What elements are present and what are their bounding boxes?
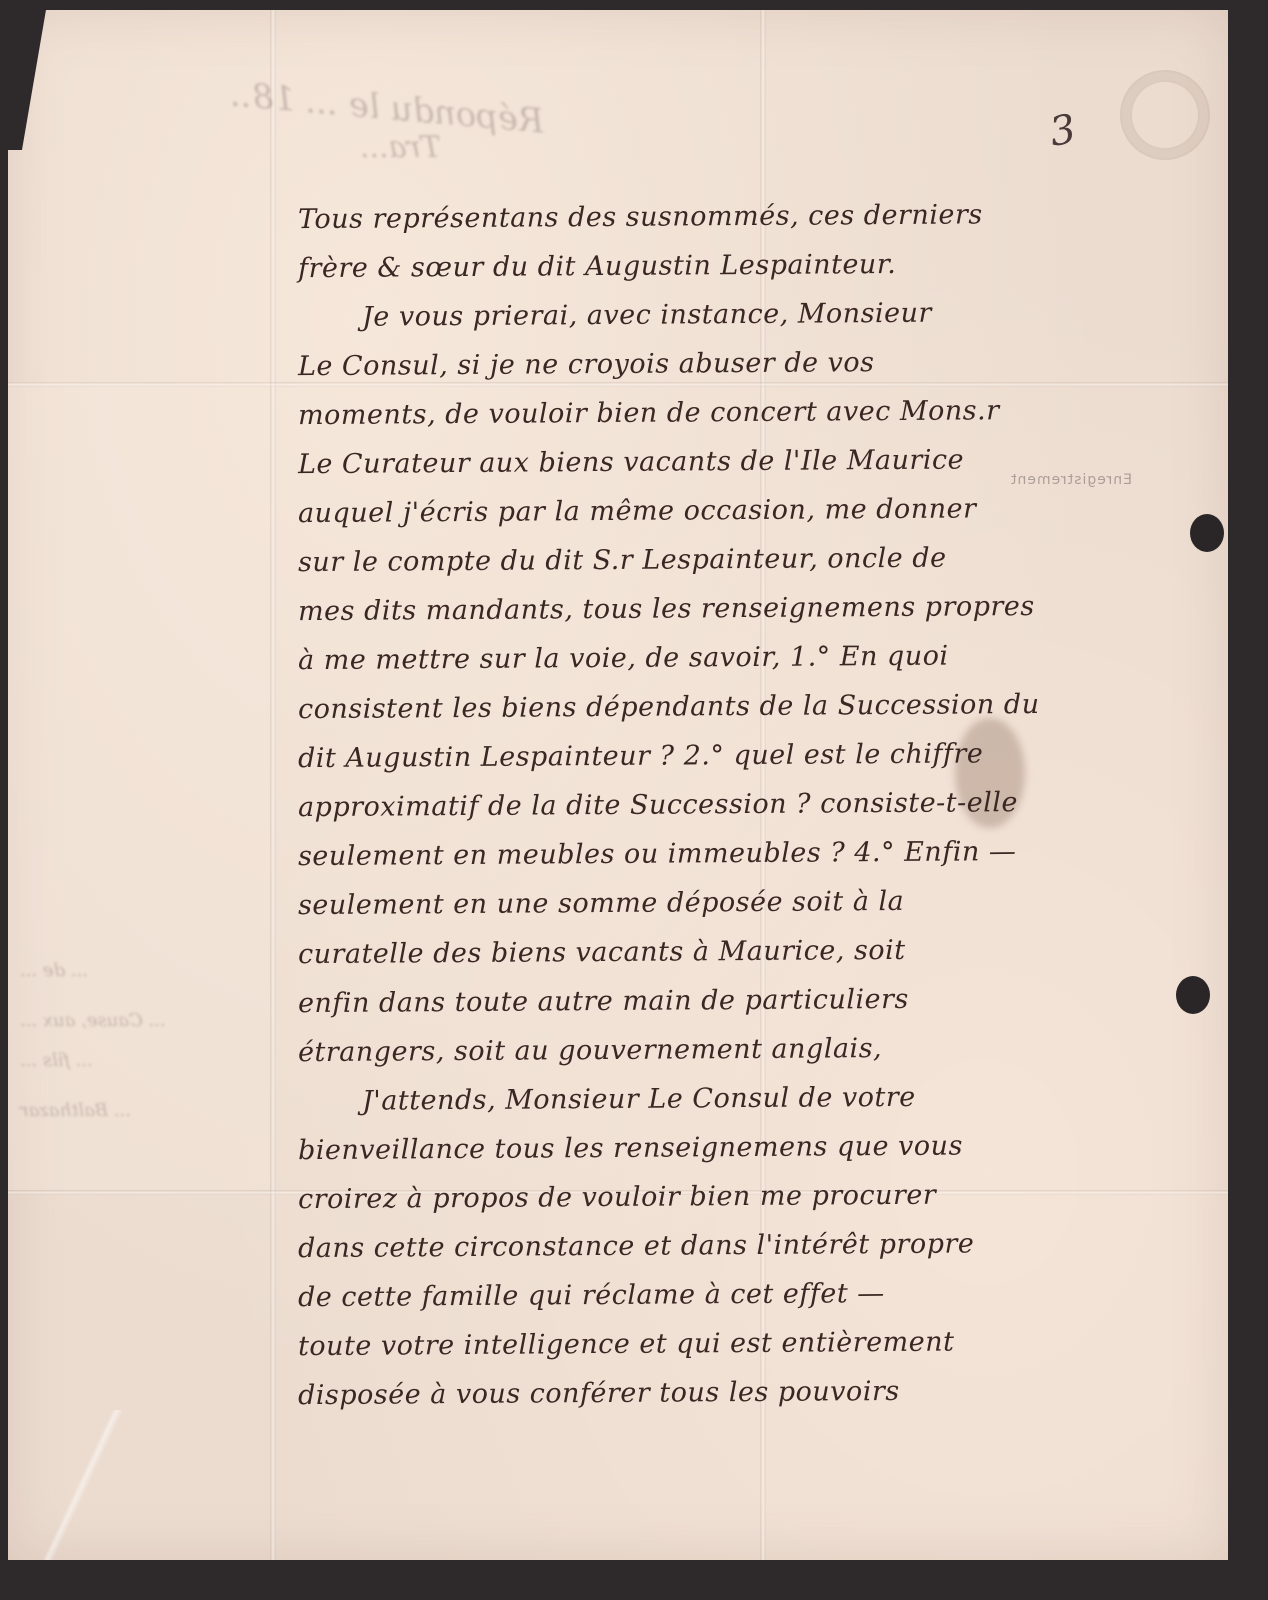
bleedthrough-left-3: ... fils ... <box>20 1050 93 1071</box>
letter-line: Le Curateur aux biens vacants de l'Ile M… <box>298 434 1198 489</box>
letter-line: de cette famille qui réclame à cet effet… <box>298 1267 1198 1322</box>
letter-line: dit Augustin Lespainteur ? 2.° quel est … <box>298 728 1198 783</box>
letter-line: consistent les biens dépendants de la Su… <box>298 679 1198 734</box>
letter-body: Tous représentans des susnommés, ces der… <box>298 192 1198 1417</box>
corner-crease <box>38 1410 128 1570</box>
bleedthrough-left-4: ... Balthazar <box>20 1100 131 1121</box>
letter-line: croirez à propos de vouloir bien me proc… <box>298 1169 1198 1224</box>
letter-line: frère & sœur du dit Augustin Lespainteur… <box>298 238 1198 293</box>
letter-line: approximatif de la dite Succession ? con… <box>298 777 1198 832</box>
punch-hole-upper <box>1190 514 1224 552</box>
letter-line: seulement en une somme déposée soit à la <box>298 875 1198 930</box>
letter-line: étrangers, soit au gouvernement anglais, <box>298 1022 1198 1077</box>
vertical-fold-line-left <box>270 10 276 1560</box>
letter-line: disposée à vous conférer tous les pouvoi… <box>298 1365 1198 1420</box>
letter-line: toute votre intelligence et qui est enti… <box>298 1316 1198 1371</box>
letter-line-paragraph-start: Je vous prierai, avec instance, Monsieur <box>298 287 1198 342</box>
bleedthrough-heading-2: Tra... <box>360 130 441 165</box>
letter-line: Le Consul, si je ne croyois abuser de vo… <box>298 336 1198 391</box>
letter-line: Tous représentans des susnommés, ces der… <box>298 189 1198 244</box>
letter-line-paragraph-start: J'attends, Monsieur Le Consul de votre <box>298 1071 1198 1126</box>
embossed-seal-icon <box>1120 70 1210 160</box>
letter-line: curatelle des biens vacants à Maurice, s… <box>298 924 1198 979</box>
letter-line: moments, de vouloir bien de concert avec… <box>298 385 1198 440</box>
letter-line: à me mettre sur la voie, de savoir, 1.° … <box>298 630 1198 685</box>
letter-line: bienveillance tous les renseignemens que… <box>298 1120 1198 1175</box>
letter-line: enfin dans toute autre main de particuli… <box>298 973 1198 1028</box>
punch-hole-lower <box>1176 976 1210 1014</box>
letter-line: sur le compte du dit S.r Lespainteur, on… <box>298 532 1198 587</box>
letter-line: mes dits mandants, tous les renseignemen… <box>298 581 1198 636</box>
letter-line: seulement en meubles ou immeubles ? 4.° … <box>298 826 1198 881</box>
letter-line: dans cette circonstance et dans l'intérê… <box>298 1218 1198 1273</box>
letter-line: auquel j'écris par la même occasion, me … <box>298 483 1198 538</box>
bleedthrough-left-1: ... de ... <box>20 960 88 981</box>
bleedthrough-left-2: ... Cause, aux ... <box>20 1010 166 1031</box>
